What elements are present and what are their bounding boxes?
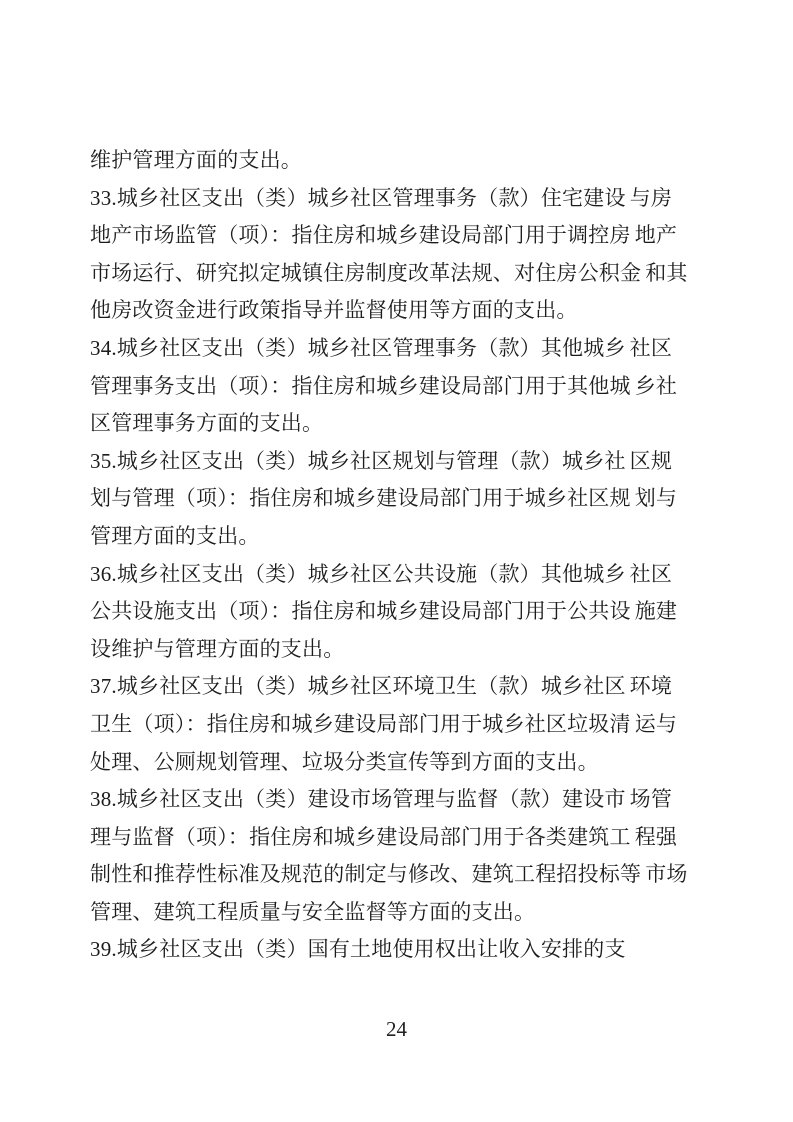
paragraph-continuation: 维护管理方面的支出。 (90, 142, 690, 180)
paragraph-item-36: 36.城乡社区支出（类）城乡社区公共设施（款）其他城乡 社区公共设施支出（项）：… (90, 556, 690, 669)
page-number: 24 (0, 1014, 793, 1044)
paragraph-line: 37.城乡社区支出（类）城乡社区环境卫生（款）城乡社区 (90, 674, 626, 698)
paragraph-item-38: 38.城乡社区支出（类）建设市场管理与监督（款）建设市 场管理与监督（项）：指住… (90, 781, 690, 931)
paragraph-line: 36.城乡社区支出（类）城乡社区公共设施（款）其他城乡 (90, 562, 626, 586)
body-text: 维护管理方面的支出。 33.城乡社区支出（类）城乡社区管理事务（款）住宅建设 与… (90, 142, 690, 969)
paragraph-item-35: 35.城乡社区支出（类）城乡社区规划与管理（款）城乡社 区规划与管理（项）：指住… (90, 443, 690, 556)
paragraph-item-34: 34.城乡社区支出（类）城乡社区管理事务（款）其他城乡 社区管理事务支出（项）：… (90, 330, 690, 443)
paragraph-line: 38.城乡社区支出（类）建设市场管理与监督（款）建设市 (90, 787, 626, 811)
paragraph-item-33: 33.城乡社区支出（类）城乡社区管理事务（款）住宅建设 与房地产市场监管（项）：… (90, 180, 690, 330)
paragraph-item-37: 37.城乡社区支出（类）城乡社区环境卫生（款）城乡社区 环境卫生（项）：指住房和… (90, 668, 690, 781)
paragraph-line: 35.城乡社区支出（类）城乡社区规划与管理（款）城乡社 (90, 449, 626, 473)
document-page: 维护管理方面的支出。 33.城乡社区支出（类）城乡社区管理事务（款）住宅建设 与… (0, 0, 793, 1122)
paragraph-line: 34.城乡社区支出（类）城乡社区管理事务（款）其他城乡 (90, 336, 626, 360)
paragraph-line: 39.城乡社区支出（类）国有土地使用权出让收入安排的支 (90, 937, 626, 961)
paragraph-line: 维护管理方面的支出。 (90, 148, 302, 172)
paragraph-item-39: 39.城乡社区支出（类）国有土地使用权出让收入安排的支 (90, 931, 690, 969)
paragraph-line: 33.城乡社区支出（类）城乡社区管理事务（款）住宅建设 (90, 186, 626, 210)
